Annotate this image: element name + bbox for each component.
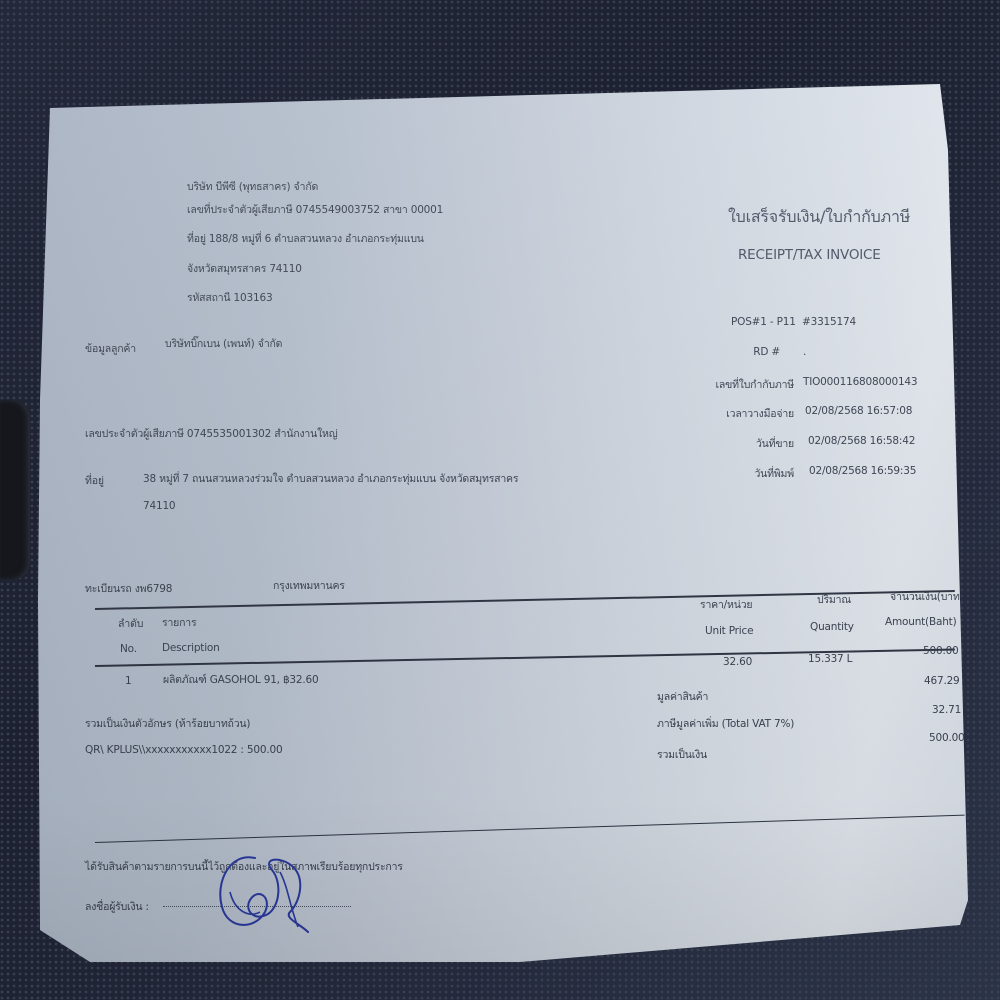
company-address-2: จังหวัดสมุทรสาคร 74110 xyxy=(187,260,302,277)
document-title-th: ใบเสร็จรับเงิน/ใบกำกับภาษี xyxy=(728,205,910,230)
col-qty-en: Quantity xyxy=(810,621,854,633)
col-desc-en: Description xyxy=(162,642,220,654)
row-amount: 500.00 xyxy=(923,645,959,657)
document-title-en: RECEIPT/TAX INVOICE xyxy=(738,247,881,263)
signature-line xyxy=(163,906,351,907)
rd-label: RD # xyxy=(700,346,780,358)
company-name: บริษัท บีพีซี (พุทธสาคร) จำกัด xyxy=(187,178,318,195)
subtotal-label: มูลค่าสินค้า xyxy=(657,688,708,705)
print-date: 02/08/2568 16:59:35 xyxy=(809,465,916,477)
total-label: รวมเป็นเงิน xyxy=(657,746,707,763)
plate-label: ทะเบียนรถ xyxy=(85,583,132,595)
col-amount-th: จำนวนเงิน(บาท) xyxy=(890,588,963,605)
tax-invoice-label: เลขที่ใบกำกับภาษี xyxy=(680,376,794,393)
col-qty-th: ปริมาณ xyxy=(817,591,851,608)
company-tax-id: เลขที่ประจำตัวผู้เสียภาษี 0745549003752 … xyxy=(187,201,443,218)
dispense-time: 02/08/2568 16:57:08 xyxy=(805,405,912,417)
receipt-paper: บริษัท บีพีซี (พุทธสาคร) จำกัด เลขที่ประ… xyxy=(0,0,1000,1000)
received-statement: ได้รับสินค้าตามรายการบนนี้ไว้ถูกต้องและอ… xyxy=(85,858,403,875)
total-value: 500.00 xyxy=(929,732,965,744)
table-header-rule xyxy=(95,648,955,667)
customer-name: บริษัทบิ๊กเบน (เพนท์) จำกัด xyxy=(165,335,282,352)
col-amount-en: Amount(Baht) xyxy=(885,616,956,628)
seat-buckle xyxy=(0,400,30,580)
pos-number: #3315174 xyxy=(802,316,856,328)
sale-date: 02/08/2568 16:58:42 xyxy=(808,435,915,447)
row-no: 1 xyxy=(125,675,131,687)
col-price-th: ราคา/หน่วย xyxy=(700,596,752,613)
pos-id: POS#1 - P11 #3315174 xyxy=(731,316,856,328)
customer-address-1: 38 หมู่ที่ 7 ถนนสวนหลวงร่วมใจ ตำบลสวนหลว… xyxy=(143,470,518,487)
col-no-en: No. xyxy=(120,643,137,655)
row-description: ผลิตภัณฑ์ GASOHOL 91, ฿32.60 xyxy=(163,671,319,688)
vat-value: 32.71 xyxy=(932,704,961,716)
sale-date-label: วันที่ขาย xyxy=(680,435,794,452)
rd-value: . xyxy=(803,346,806,358)
amount-in-words: รวมเป็นเงินตัวอักษร (ห้าร้อยบาทถ้วน) xyxy=(85,715,250,732)
col-no-th: ลำดับ xyxy=(118,615,143,632)
print-date-label: วันที่พิมพ์ xyxy=(680,465,794,482)
subtotal-value: 467.29 xyxy=(924,675,960,687)
footer-rule xyxy=(95,815,965,844)
row-quantity: 15.337 L xyxy=(808,653,852,665)
dispense-time-label: เวลาวางมือจ่าย xyxy=(680,405,794,422)
customer-tax-id: เลขประจำตัวผู้เสียภาษี 0745535001302 สำน… xyxy=(85,425,338,442)
station-code: รหัสสถานี 103163 xyxy=(187,289,272,306)
company-address-1: ที่อยู่ 188/8 หมู่ที่ 6 ตำบลสวนหลวง อำเภ… xyxy=(187,230,424,247)
col-price-en: Unit Price xyxy=(705,625,753,637)
pos-label: POS#1 - P11 xyxy=(731,316,796,328)
col-desc-th: รายการ xyxy=(162,614,196,631)
customer-address-label: ที่อยู่ xyxy=(85,472,104,489)
vehicle-province: กรุงเทพมหานคร xyxy=(273,577,345,594)
plate-number: งพ6798 xyxy=(135,583,173,595)
row-unit-price: 32.60 xyxy=(723,656,752,668)
vat-label: ภาษีมูลค่าเพิ่ม (Total VAT 7%) xyxy=(657,715,794,732)
customer-label: ข้อมูลลูกค้า xyxy=(85,340,136,357)
signature-label: ลงชื่อผู้รับเงิน : xyxy=(85,898,149,915)
signature-scribble xyxy=(210,852,330,937)
tax-invoice-number: TIO000116808000143 xyxy=(803,376,917,388)
payment-method: QR\ KPLUS\\xxxxxxxxxxx1022 : 500.00 xyxy=(85,744,282,756)
vehicle-plate: ทะเบียนรถ งพ6798 xyxy=(85,580,172,597)
customer-address-2: 74110 xyxy=(143,500,175,512)
table-top-rule xyxy=(95,590,955,610)
